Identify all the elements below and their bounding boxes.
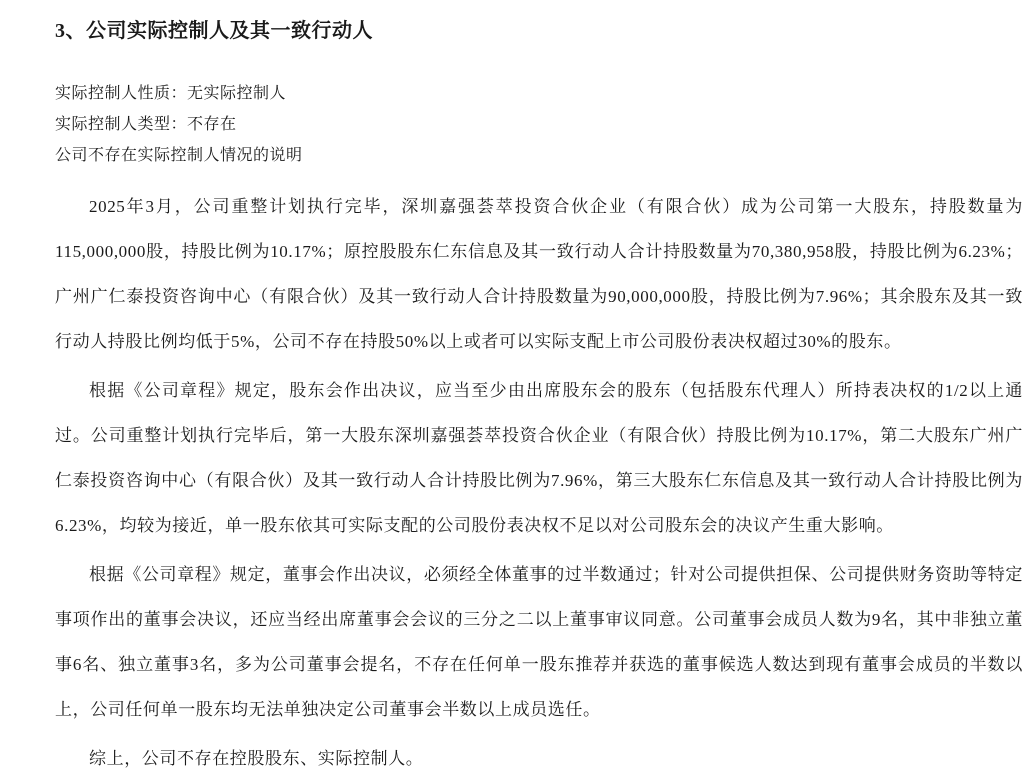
paragraph-board-rules: 根据《公司章程》规定，董事会作出决议，必须经全体董事的过半数通过；针对公司提供担…: [55, 552, 1023, 732]
controller-nature-line: 实际控制人性质：无实际控制人: [55, 78, 1023, 109]
paragraph-shareholding-structure: 2025年3月，公司重整计划执行完毕，深圳嘉强荟萃投资合伙企业（有限合伙）成为公…: [55, 184, 1023, 364]
paragraph-shareholder-meeting-rules: 根据《公司章程》规定，股东会作出决议，应当至少由出席股东会的股东（包括股东代理人…: [55, 368, 1023, 548]
section-heading: 3、公司实际控制人及其一致行动人: [55, 19, 1023, 43]
controller-type-line: 实际控制人类型：不存在: [55, 109, 1023, 140]
document-body: 2025年3月，公司重整计划执行完毕，深圳嘉强荟萃投资合伙企业（有限合伙）成为公…: [55, 184, 1023, 773]
paragraph-conclusion: 综上，公司不存在控股股东、实际控制人。: [55, 736, 1023, 773]
document-page: 3、公司实际控制人及其一致行动人 实际控制人性质：无实际控制人 实际控制人类型：…: [0, 0, 1026, 773]
controller-info-block: 实际控制人性质：无实际控制人 实际控制人类型：不存在 公司不存在实际控制人情况的…: [55, 78, 1023, 171]
no-controller-note-line: 公司不存在实际控制人情况的说明: [55, 140, 1023, 171]
